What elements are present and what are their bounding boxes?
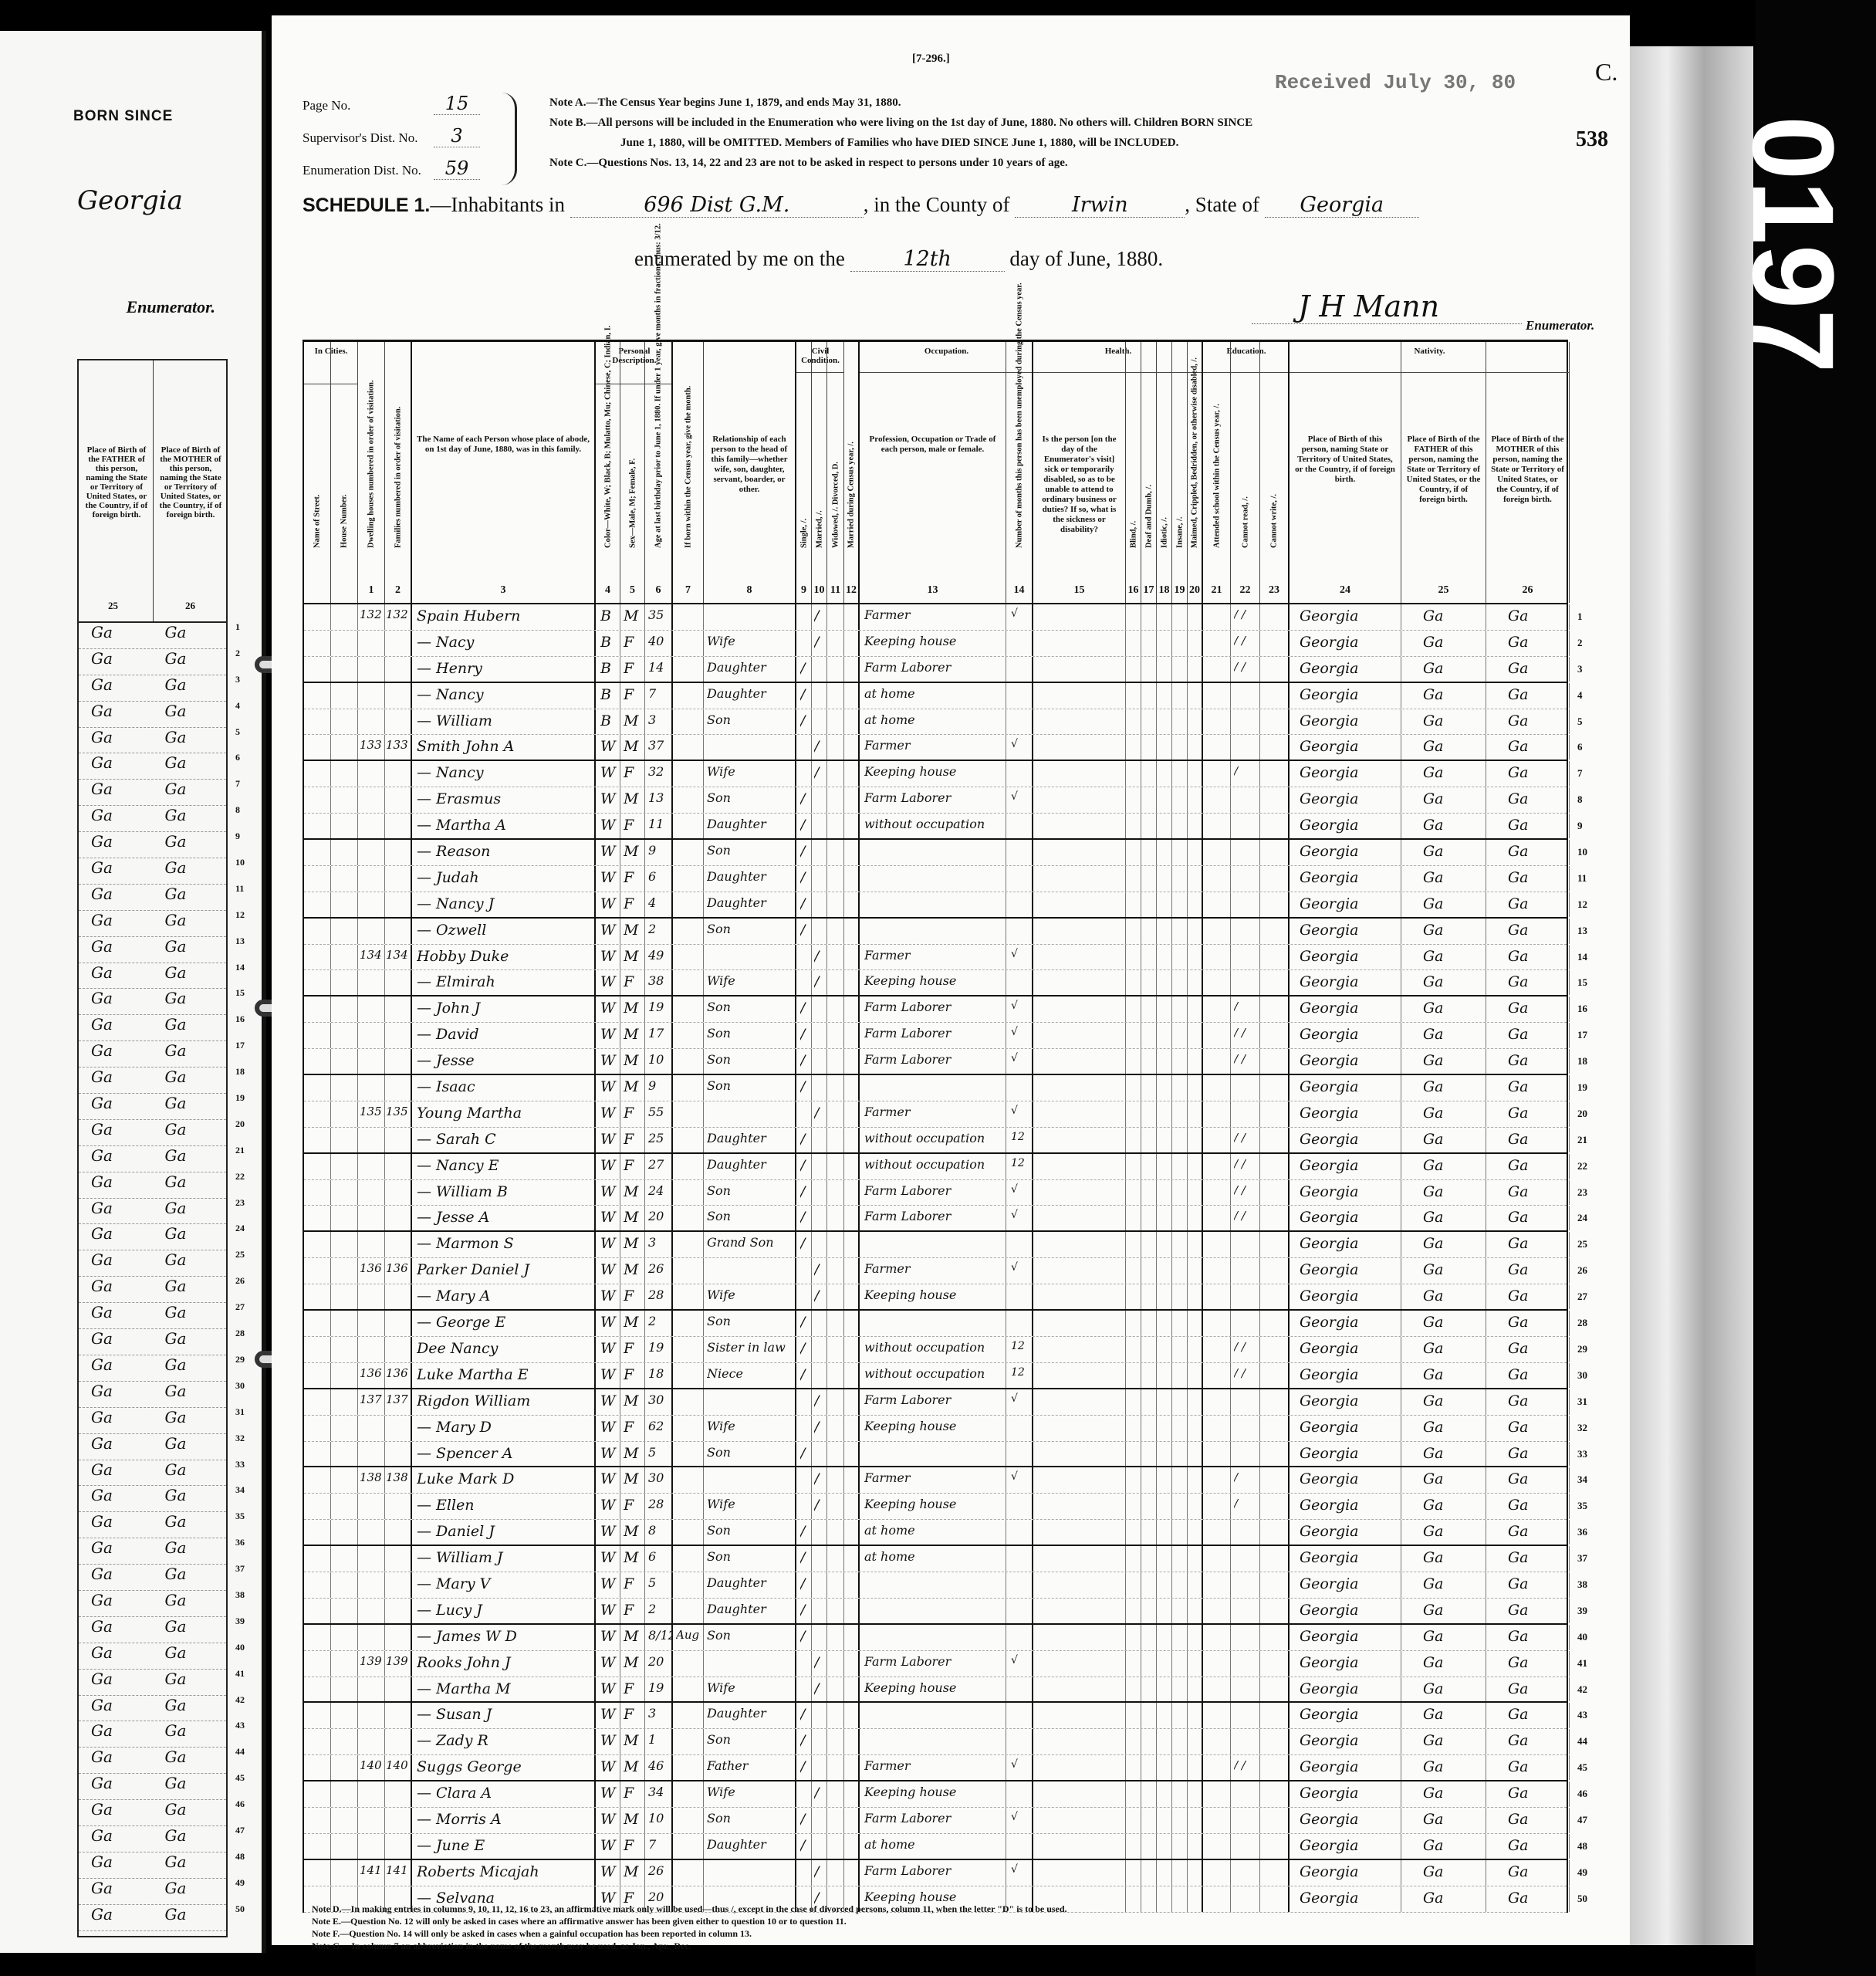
relationship: Daughter (707, 1602, 796, 1616)
left-line-number: 27 (235, 1301, 259, 1328)
brace-decoration (502, 93, 517, 185)
education-marks: / / (1234, 1157, 1288, 1171)
left-line-number: 16 (235, 1013, 259, 1040)
left-table-row: GaGa (79, 702, 226, 728)
left-father-birthplace: Ga (79, 989, 153, 1014)
table-row: — JudahWF6Daughter/GeorgiaGaGa11 (304, 866, 1567, 892)
age-value: 10 (648, 1811, 673, 1825)
left-father-birthplace: Ga (79, 885, 153, 910)
left-table-row: GaGa (79, 1015, 226, 1041)
birthplace: Georgia (1300, 1602, 1400, 1619)
meta-enumeration-dist: Enumeration Dist. No. 59 (303, 157, 480, 190)
birthplace: Georgia (1300, 1105, 1400, 1122)
person-name: — Mary D (417, 1419, 594, 1436)
left-table-row: GaGa (79, 1382, 226, 1408)
age-value: 10 (648, 1052, 673, 1067)
left-table-row: GaGa (79, 858, 226, 885)
family-number: 136 (386, 1366, 412, 1380)
left-father-birthplace: Ga (79, 780, 153, 805)
left-table-row: GaGa (79, 806, 226, 832)
occupation: at home (864, 712, 1005, 727)
person-name: — Jesse A (417, 1209, 594, 1226)
color-value: W (600, 790, 619, 807)
left-line-number: 7 (235, 778, 259, 804)
line-number: 22 (1577, 1160, 1587, 1172)
occupation: Farmer (864, 1261, 1005, 1276)
column-header-22: Cannot read, /.22 (1231, 342, 1260, 603)
column-header-21: Attended school within the Census year, … (1203, 342, 1231, 603)
table-row: — DavidWM17Son/Farm Laborer√/ /GeorgiaGa… (304, 1023, 1567, 1049)
left-state-entry: Georgia (77, 185, 183, 216)
civil-mark: / (814, 1785, 826, 1802)
civil-mark: / (800, 895, 813, 912)
color-value: W (600, 738, 619, 755)
color-value: W (600, 1000, 619, 1017)
sex-value: F (624, 1680, 642, 1697)
left-father-birthplace: Ga (79, 1382, 153, 1407)
sex-value: M (624, 1549, 642, 1566)
occupation: at home (864, 686, 1005, 701)
left-father-birthplace: Ga (79, 911, 153, 936)
father-birthplace: Ga (1423, 1497, 1485, 1514)
line-number: 10 (1577, 846, 1587, 858)
column-header-text: Profession, Occupation or Trade of each … (864, 435, 1001, 455)
left-line-number: 10 (235, 857, 259, 883)
left-table-row: GaGa (79, 1538, 226, 1565)
column-header-text: Number of months this person has been un… (1015, 283, 1023, 548)
months-unemployed: 12 (1011, 1340, 1033, 1352)
family-number: 140 (386, 1758, 412, 1772)
left-line-number: 24 (235, 1223, 259, 1249)
occupation: Farm Laborer (864, 1209, 1005, 1223)
relationship: Wife (707, 764, 796, 779)
civil-mark: / (814, 1287, 826, 1304)
left-mother-birthplace: Ga (153, 1905, 227, 1930)
line-number: 23 (1577, 1186, 1587, 1199)
column-number: 19 (1172, 584, 1187, 597)
left-table-row: GaGa (79, 1617, 226, 1643)
left-line-number: 21 (235, 1145, 259, 1171)
left-father-birthplace: Ga (79, 1408, 153, 1433)
civil-mark: / (800, 1026, 813, 1043)
relationship: Son (707, 1811, 796, 1825)
left-father-birthplace: Ga (79, 1617, 153, 1643)
schedule-title: SCHEDULE 1.—Inhabitants in 696 Dist G.M.… (303, 193, 1419, 218)
civil-mark: / (800, 1314, 813, 1331)
line-number: 7 (1577, 767, 1583, 780)
left-table-row: GaGa (79, 1643, 226, 1670)
column-number: 13 (860, 584, 1006, 597)
left-table-row: GaGa (79, 1800, 226, 1826)
left-father-birthplace: Ga (79, 963, 153, 989)
birthplace: Georgia (1300, 607, 1400, 624)
table-row: — WilliamBM3Son/at homeGeorgiaGaGa5 (304, 709, 1567, 736)
table-header: In Cities. Personal Description. Civil C… (304, 342, 1567, 604)
person-name: — Morris A (417, 1811, 594, 1828)
column-header-text: Place of Birth of the FATHER of this per… (1406, 435, 1481, 505)
table-row: — Morris AWM10Son/Farm Laborer√GeorgiaGa… (304, 1808, 1567, 1834)
birthplace: Georgia (1300, 973, 1400, 990)
schedule-prefix: SCHEDULE 1. (303, 195, 430, 216)
birthplace: Georgia (1300, 1470, 1400, 1487)
sex-value: F (624, 1105, 642, 1122)
months-unemployed: √ (1011, 1654, 1033, 1666)
table-row: — NancyWF32Wife/Keeping house/GeorgiaGaG… (304, 761, 1567, 787)
column-header-text: House Number. (340, 494, 349, 548)
color-value: W (600, 1445, 619, 1462)
months-unemployed: √ (1011, 607, 1033, 620)
column-number: 1 (358, 584, 384, 597)
occupation: at home (864, 1837, 1005, 1852)
left-line-number: 48 (235, 1851, 259, 1877)
civil-mark: / (800, 1523, 813, 1540)
relationship: Wife (707, 973, 796, 988)
left-mother-birthplace: Ga (153, 675, 227, 701)
left-table-row: GaGa (79, 1172, 226, 1199)
left-line-number: 31 (235, 1406, 259, 1433)
table-row: 141141Roberts MicajahWM26/Farm Laborer√G… (304, 1860, 1567, 1886)
left-table-row: GaGa (79, 1120, 226, 1146)
table-row: — Zady RWM1Son/GeorgiaGaGa44 (304, 1729, 1567, 1755)
mother-birthplace: Ga (1508, 1131, 1568, 1148)
person-name: — Sarah C (417, 1131, 594, 1148)
birthplace: Georgia (1300, 843, 1400, 860)
months-unemployed: √ (1011, 1052, 1033, 1064)
left-line-number: 13 (235, 936, 259, 962)
civil-mark: / (800, 660, 813, 677)
left-father-birthplace: Ga (79, 1800, 153, 1825)
line-number: 6 (1577, 741, 1583, 753)
mother-birthplace: Ga (1508, 686, 1568, 703)
line-number: 8 (1577, 793, 1583, 806)
birthplace: Georgia (1300, 1837, 1400, 1854)
column-header-14: Number of months this person has been un… (1006, 342, 1033, 603)
mother-birthplace: Ga (1508, 712, 1568, 729)
column-header-text: Maimed, Crippled, Bedridden, or otherwis… (1191, 357, 1199, 548)
birth-month: Aug (676, 1628, 702, 1642)
age-value: 26 (648, 1863, 673, 1878)
left-father-birthplace: Ga (79, 1670, 153, 1695)
sex-value: F (624, 660, 642, 677)
left-table-row: GaGa (79, 911, 226, 937)
age-value: 18 (648, 1366, 673, 1381)
column-header-text: Single, /. (799, 519, 808, 548)
education-marks: / / (1234, 1131, 1288, 1145)
left-table-row: GaGa (79, 1721, 226, 1748)
line-number: 32 (1577, 1422, 1587, 1434)
column-header-text: Relationship of each person to the head … (708, 435, 790, 495)
civil-mark: / (800, 817, 813, 834)
person-name: — David (417, 1026, 594, 1043)
color-value: B (600, 660, 619, 677)
age-value: 25 (648, 1131, 673, 1145)
left-table-row: GaGa (79, 1512, 226, 1538)
left-col25-header: Place of Birth of the FATHER of this per… (82, 445, 151, 519)
color-value: W (600, 1419, 619, 1436)
left-line-number: 36 (235, 1537, 259, 1563)
sex-value: M (624, 948, 642, 965)
father-birthplace: Ga (1423, 1183, 1485, 1200)
form-code: [7-296.] (912, 52, 950, 66)
months-unemployed: √ (1011, 790, 1033, 803)
birthplace: Georgia (1300, 1157, 1400, 1174)
left-table-row: GaGa (79, 1748, 226, 1774)
table-row: 136136Luke Martha EWF18Niece/without occ… (304, 1363, 1567, 1389)
mother-birthplace: Ga (1508, 1261, 1568, 1278)
color-value: W (600, 1837, 619, 1854)
column-header-text: If born within the Census year, give the… (684, 386, 692, 548)
civil-mark: / (814, 1863, 826, 1880)
father-birthplace: Ga (1423, 1785, 1485, 1802)
father-birthplace: Ga (1423, 1602, 1485, 1619)
months-unemployed: √ (1011, 1261, 1033, 1274)
color-value: W (600, 1680, 619, 1697)
left-mother-birthplace: Ga (153, 858, 227, 884)
line-number: 37 (1577, 1552, 1587, 1565)
line-number: 27 (1577, 1291, 1587, 1303)
father-birthplace: Ga (1423, 973, 1485, 990)
father-birthplace: Ga (1423, 1706, 1485, 1723)
father-birthplace: Ga (1423, 1000, 1485, 1017)
relationship: Wife (707, 1287, 796, 1302)
birthplace: Georgia (1300, 869, 1400, 886)
table-row: 136136Parker Daniel JWM26/Farmer√Georgia… (304, 1258, 1567, 1284)
occupation: Farm Laborer (864, 1811, 1005, 1825)
family-number: 134 (386, 948, 412, 962)
civil-mark: / (814, 634, 826, 651)
color-value: W (600, 1706, 619, 1723)
age-value: 5 (648, 1575, 673, 1590)
line-number: 1 (1577, 611, 1583, 623)
color-value: B (600, 686, 619, 703)
father-birthplace: Ga (1423, 1314, 1485, 1331)
table-row: 135135Young MarthaWF55/Farmer√GeorgiaGaG… (304, 1101, 1567, 1128)
mother-birthplace: Ga (1508, 790, 1568, 807)
sex-value: M (624, 1758, 642, 1775)
left-table-row: GaGa (79, 649, 226, 675)
table-row: — Marmon SWM3Grand Son/GeorgiaGaGa25 (304, 1232, 1567, 1258)
relationship: Son (707, 712, 796, 727)
color-value: W (600, 1261, 619, 1278)
age-value: 20 (648, 1654, 673, 1669)
education-marks: / / (1234, 607, 1288, 621)
birthplace: Georgia (1300, 686, 1400, 703)
occupation: Farmer (864, 738, 1005, 753)
table-row: — Nancy EWF27Daughter/without occupation… (304, 1154, 1567, 1180)
left-table-row: GaGa (79, 1852, 226, 1879)
column-header-city-1: House Number. (331, 342, 358, 603)
family-number: 141 (386, 1863, 412, 1877)
birthplace: Georgia (1300, 1183, 1400, 1200)
civil-mark: / (800, 922, 813, 939)
civil-mark: / (800, 686, 813, 703)
mother-birthplace: Ga (1508, 1000, 1568, 1017)
sex-value: M (624, 1314, 642, 1331)
column-header-3: The Name of each Person whose place of a… (412, 342, 596, 603)
color-value: W (600, 1078, 619, 1095)
left-mother-birthplace: Ga (153, 937, 227, 963)
column-header-text: Place of Birth of this person, naming St… (1294, 435, 1396, 485)
left-mother-birthplace: Ga (153, 832, 227, 858)
line-number: 48 (1577, 1840, 1587, 1852)
relationship: Daughter (707, 869, 796, 884)
color-value: W (600, 1497, 619, 1514)
birthplace: Georgia (1300, 634, 1400, 651)
table-row: — Martha AWF11Daughter/without occupatio… (304, 814, 1567, 840)
left-mother-birthplace: Ga (153, 1120, 227, 1145)
occupation: Farm Laborer (864, 1392, 1005, 1407)
relationship: Son (707, 1000, 796, 1014)
occupation: Keeping house (864, 764, 1005, 779)
civil-mark: / (800, 1602, 813, 1619)
table-row: — James W DWM8/12AugSon/GeorgiaGaGa40 (304, 1625, 1567, 1651)
months-unemployed: √ (1011, 738, 1033, 750)
left-father-birthplace: Ga (79, 1460, 153, 1486)
sex-value: F (624, 1602, 642, 1619)
occupation: at home (864, 1523, 1005, 1538)
occupation: Farmer (864, 948, 1005, 963)
civil-mark: / (814, 607, 826, 624)
left-table-row: GaGa (79, 1250, 226, 1277)
civil-mark: / (800, 1549, 813, 1566)
relationship: Sister in law (707, 1340, 796, 1355)
color-value: W (600, 1287, 619, 1304)
occupation: without occupation (864, 817, 1005, 831)
color-value: W (600, 1470, 619, 1487)
line-number: 31 (1577, 1396, 1587, 1408)
left-table-row: GaGa (79, 1041, 226, 1068)
left-father-birthplace: Ga (79, 1538, 153, 1564)
census-page: [7-296.] Received July 30, 80 C. 538 Pag… (272, 15, 1630, 1945)
color-value: W (600, 948, 619, 965)
left-mother-birthplace: Ga (153, 1617, 227, 1643)
mother-birthplace: Ga (1508, 1392, 1568, 1409)
left-father-birthplace: Ga (79, 753, 153, 779)
left-mother-birthplace: Ga (153, 702, 227, 727)
father-birthplace: Ga (1423, 1654, 1485, 1671)
column-header-8: Relationship of each person to the head … (704, 342, 796, 603)
column-header-text: Insane, /. (1175, 516, 1184, 548)
table-row: — Jesse AWM20Son/Farm Laborer√/ /Georgia… (304, 1206, 1567, 1232)
education-marks: / (1234, 764, 1288, 778)
table-row: — IsaacWM9Son/GeorgiaGaGa19 (304, 1075, 1567, 1101)
father-birthplace: Ga (1423, 1235, 1485, 1252)
father-birthplace: Ga (1423, 1287, 1485, 1304)
left-father-birthplace: Ga (79, 1146, 153, 1172)
civil-mark: / (800, 1706, 813, 1723)
column-number: 7 (673, 584, 703, 597)
person-name: — Mary A (417, 1287, 594, 1304)
line-number: 9 (1577, 820, 1583, 832)
father-birthplace: Ga (1423, 817, 1485, 834)
birthplace: Georgia (1300, 1549, 1400, 1566)
father-birthplace: Ga (1423, 660, 1485, 677)
dwelling-number: 133 (360, 738, 386, 752)
sex-value: F (624, 1497, 642, 1514)
sex-value: M (624, 1732, 642, 1749)
color-value: W (600, 1209, 619, 1226)
left-table-row: GaGa (79, 1460, 226, 1487)
sex-value: M (624, 738, 642, 755)
months-unemployed: √ (1011, 1000, 1033, 1012)
occupation: Farm Laborer (864, 1183, 1005, 1198)
left-father-birthplace: Ga (79, 1879, 153, 1904)
person-name: — Nancy (417, 764, 594, 781)
relationship: Son (707, 1052, 796, 1067)
sex-value: M (624, 1628, 642, 1645)
column-header-13: Profession, Occupation or Trade of each … (860, 342, 1006, 603)
left-mother-birthplace: Ga (153, 780, 227, 805)
left-mother-birthplace: Ga (153, 1879, 227, 1904)
birthplace: Georgia (1300, 1654, 1400, 1671)
age-value: 28 (648, 1287, 673, 1302)
civil-mark: / (800, 1811, 813, 1828)
column-header-text: Cannot write, /. (1270, 494, 1279, 548)
family-number: 137 (386, 1392, 412, 1406)
left-table-row: GaGa (79, 1277, 226, 1303)
months-unemployed: 12 (1011, 1157, 1033, 1169)
note-b-continued: June 1, 1880, will be OMITTED. Members o… (549, 133, 1252, 153)
civil-mark: / (800, 1732, 813, 1749)
civil-mark: / (814, 1392, 826, 1409)
left-father-birthplace: Ga (79, 1329, 153, 1355)
table-row: — JesseWM10Son/Farm Laborer√/ /GeorgiaGa… (304, 1049, 1567, 1075)
person-name: — Clara A (417, 1785, 594, 1802)
mother-birthplace: Ga (1508, 973, 1568, 990)
left-col26-num: 26 (185, 600, 195, 612)
left-line-number: 8 (235, 804, 259, 831)
left-mother-birthplace: Ga (153, 1199, 227, 1224)
mother-birthplace: Ga (1508, 607, 1568, 624)
left-line-number: 11 (235, 883, 259, 909)
left-col25-num: 25 (108, 600, 118, 612)
age-value: 11 (648, 817, 673, 831)
column-number: 9 (796, 584, 811, 597)
line-number: 17 (1577, 1029, 1587, 1041)
months-unemployed: √ (1011, 1470, 1033, 1483)
age-value: 3 (648, 1706, 673, 1721)
person-name: Parker Daniel J (417, 1261, 594, 1278)
left-table-row: GaGa (79, 1774, 226, 1800)
age-value: 38 (648, 973, 673, 988)
relationship: Son (707, 1628, 796, 1643)
sex-value: F (624, 1837, 642, 1854)
district-entry: 696 Dist G.M. (570, 193, 864, 218)
civil-mark: / (814, 1680, 826, 1697)
line-number: 46 (1577, 1788, 1587, 1800)
age-value: 19 (648, 1340, 673, 1355)
page-meta: Page No. 15 Supervisor's Dist. No. 3 Enu… (303, 93, 480, 190)
meta-supervisor-dist: Supervisor's Dist. No. 3 (303, 125, 480, 157)
left-father-birthplace: Ga (79, 702, 153, 727)
occupation: Keeping house (864, 1497, 1005, 1511)
age-value: 2 (648, 1314, 673, 1328)
months-unemployed: √ (1011, 1026, 1033, 1038)
person-name: — Nancy E (417, 1157, 594, 1174)
left-line-number: 3 (235, 674, 259, 700)
civil-mark: / (814, 1497, 826, 1514)
relationship: Daughter (707, 686, 796, 701)
left-table-row: GaGa (79, 1224, 226, 1250)
table-row: — NancyBF7Daughter/at homeGeorgiaGaGa4 (304, 683, 1567, 709)
line-number: 26 (1577, 1264, 1587, 1277)
left-mother-birthplace: Ga (153, 1852, 227, 1878)
left-father-birthplace: Ga (79, 1486, 153, 1511)
left-line-number: 41 (235, 1668, 259, 1694)
person-name: — Nacy (417, 634, 594, 651)
birthplace: Georgia (1300, 1497, 1400, 1514)
sex-value: M (624, 1445, 642, 1462)
